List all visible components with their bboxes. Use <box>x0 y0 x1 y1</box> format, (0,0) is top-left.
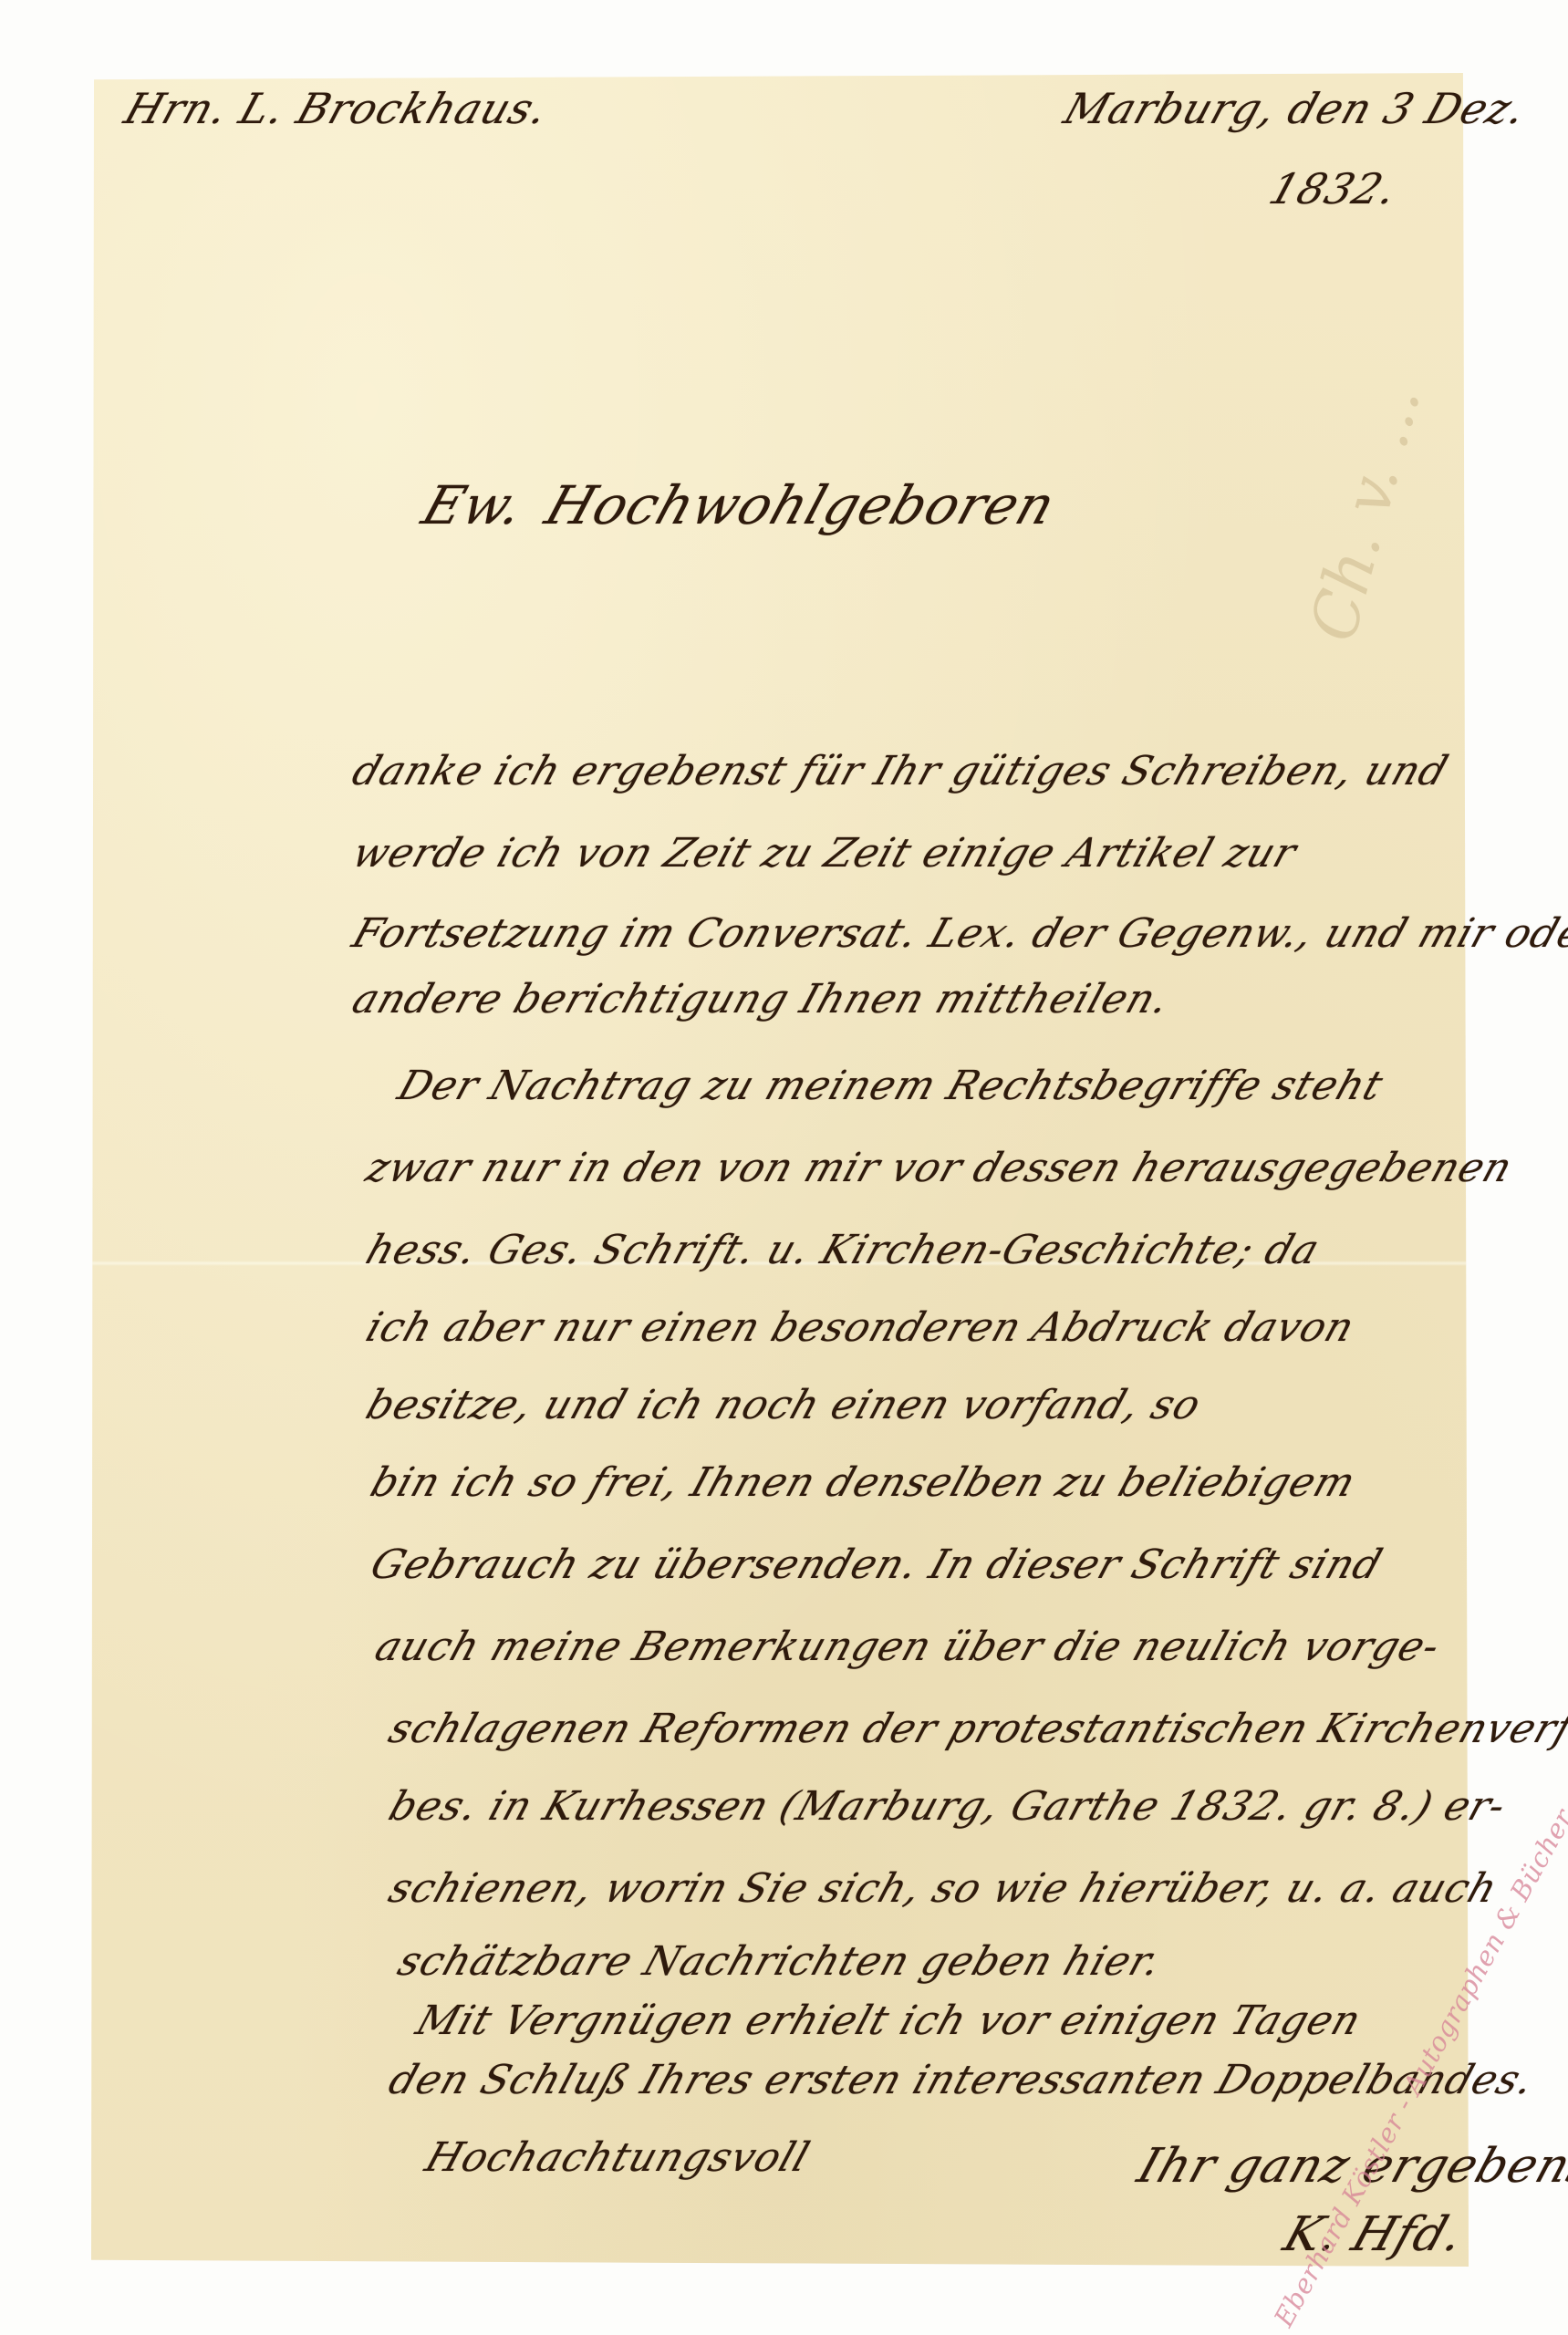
body-line: hess. Ges. Schrift. u. Kirchen-Geschicht… <box>360 1227 1325 1273</box>
body-line: Der Nachtrag zu meinem Rechtsbegriffe st… <box>392 1063 1389 1109</box>
body-line: danke ich ergebenst für Ihr gütiges Schr… <box>347 748 1454 794</box>
body-line: bin ich so frei, Ihnen denselben zu beli… <box>365 1459 1362 1506</box>
body-line: bes. in Kurhessen (Marburg, Garthe 1832.… <box>383 1783 1512 1830</box>
recipient-note: Hrn. L. Brockhaus. <box>119 84 555 133</box>
body-line: schienen, worin Sie sich, so wie hierübe… <box>383 1865 1503 1912</box>
body-line: Gebrauch zu übersenden. In dieser Schrif… <box>365 1541 1388 1588</box>
scan-background: Ch. v. ... Hrn. L. Brockhaus. Marburg, d… <box>0 0 1568 2335</box>
salutation: Hochwohlgeboren <box>538 474 1064 536</box>
body-line: schätzbare Nachrichten geben hier. <box>392 1938 1168 1985</box>
body-line: andere berichtigung Ihnen mittheilen. <box>347 976 1176 1022</box>
body-line: Fortsetzung im Conversat. Lex. der Gegen… <box>347 910 1568 957</box>
body-line: Mit Vergnügen erhielt ich vor einigen Ta… <box>410 1998 1367 2044</box>
body-line: werde ich von Zeit zu Zeit einige Artike… <box>347 830 1303 877</box>
body-line: zwar nur in den von mir vor dessen herau… <box>360 1145 1519 1191</box>
body-line-closing-phrase: Hochachtungsvoll <box>420 2134 815 2181</box>
body-line: den Schluß Ihres ersten interessanten Do… <box>383 2057 1541 2103</box>
body-line: ich aber nur einen besonderen Abdruck da… <box>360 1304 1361 1351</box>
body-line: besitze, und ich noch einen vorfand, so <box>360 1382 1207 1428</box>
body-line: schlagenen Reformen der protestantischen… <box>383 1706 1568 1752</box>
salutation-prefix: Ew. <box>415 474 533 536</box>
place-date: Marburg, den 3 Dez. <box>1058 84 1533 133</box>
body-line: auch meine Bemerkungen über die neulich … <box>369 1624 1446 1670</box>
date-year: 1832. <box>1263 164 1404 213</box>
